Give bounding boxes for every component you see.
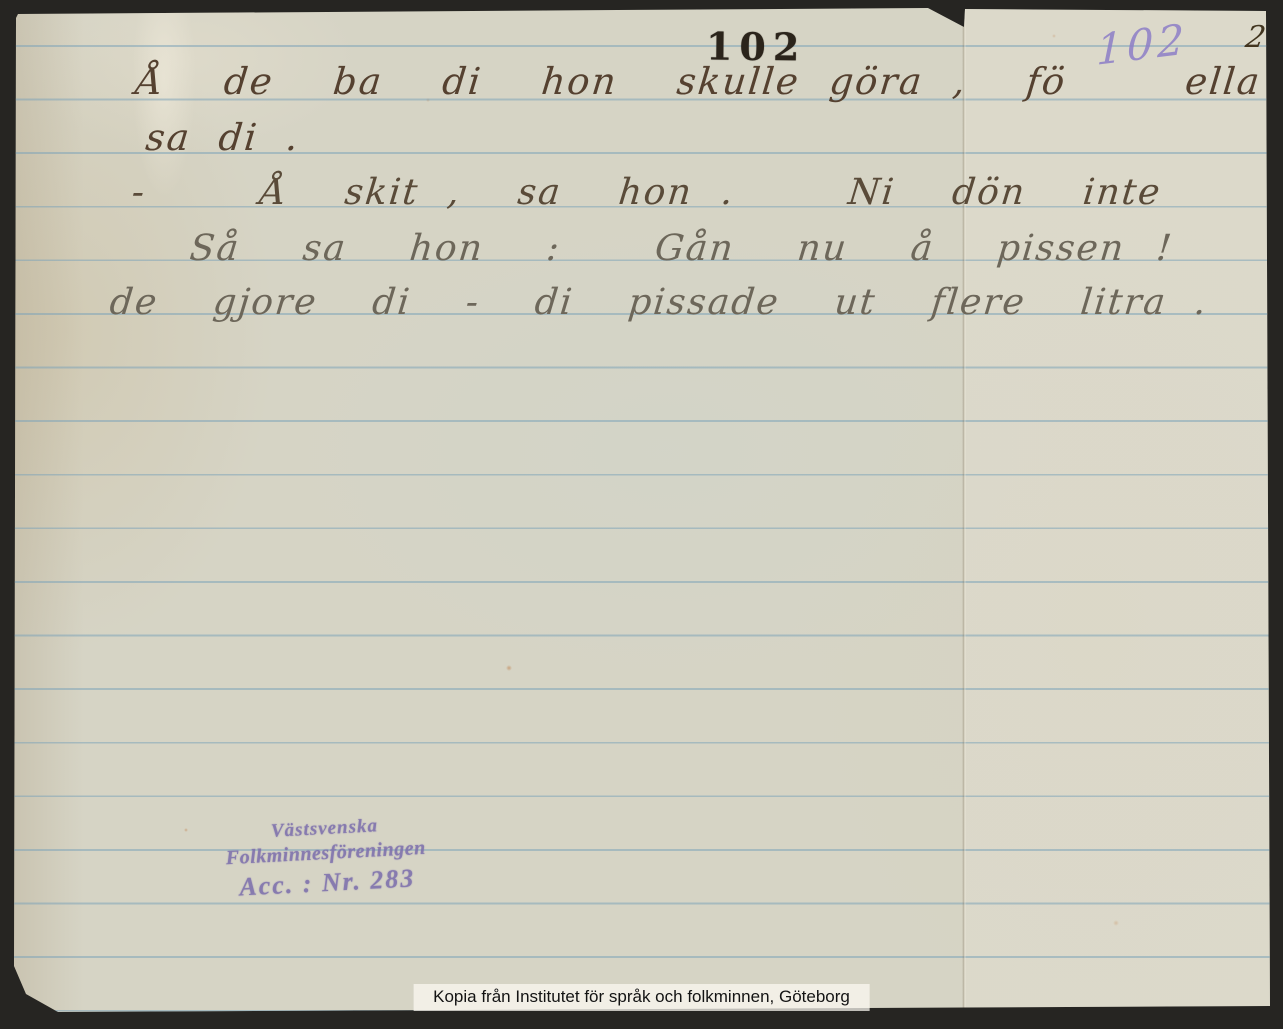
archive-copy-caption: Kopia från Institutet för språk och folk… — [413, 984, 870, 1011]
corner-page-number: 2 — [1243, 20, 1268, 55]
manuscript-page: 102 102 2 Å de ba di hon skulle göra , f… — [14, 8, 1270, 1014]
scan-background: 102 102 2 Å de ba di hon skulle göra , f… — [0, 0, 1283, 1029]
handwriting-line-2: sa di . — [144, 116, 302, 159]
handwriting-line-5: de gjore di - di pissade ut flere litra … — [108, 282, 1210, 323]
handwriting-line-4: Så sa hon : Gån nu å pissen ! Å — [188, 228, 1283, 269]
handwriting-line-3: - Å skit , sa hon . Ni dön inte så lätt … — [130, 172, 1283, 213]
handwriting-line-1: Å de ba di hon skulle göra , fö ella dö … — [134, 60, 1283, 103]
accession-stamp: Västsvenska Folkminnesföreningen Acc. : … — [194, 811, 458, 904]
fold-crease — [962, 8, 966, 1014]
